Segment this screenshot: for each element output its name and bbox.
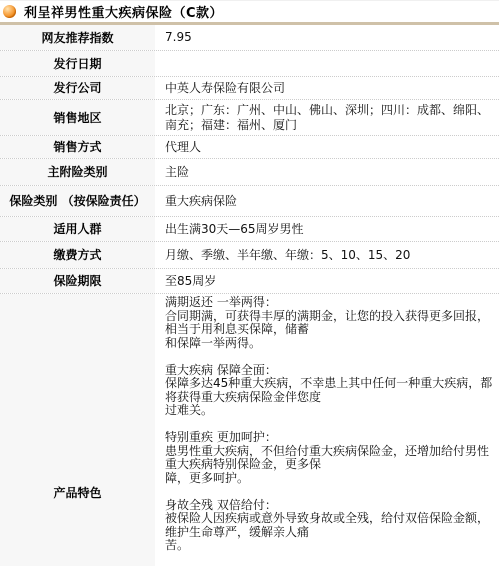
row-value-recommend-index: 7.95: [155, 25, 499, 50]
table-row-recommend-index: 网友推荐指数 7.95: [0, 25, 499, 51]
row-label-insurance-term: 保险期限: [0, 269, 155, 293]
row-label-insurance-category: 保险类别 （按保险责任）: [0, 186, 155, 216]
row-value-issue-date: [155, 51, 499, 76]
row-label-target-group: 适用人群: [0, 217, 155, 241]
row-value-main-rider-type: 主险: [155, 159, 499, 185]
orange-ball-icon: [3, 5, 16, 18]
row-label-sales-region: 销售地区: [0, 100, 155, 135]
row-value-issuer-company: 中英人寿保险有限公司: [155, 77, 499, 99]
row-value-target-group: 出生满30天—65周岁男性: [155, 217, 499, 241]
row-value-payment-method: 月缴、季缴、半年缴、年缴：5、10、15、20: [155, 242, 499, 268]
table-row-main-rider-type: 主附险类别 主险: [0, 159, 499, 186]
table-row-insurance-category: 保险类别 （按保险责任） 重大疾病保险: [0, 186, 499, 217]
table-row-product-features: 产品特色 满期返还 一举两得： 合同期满，可获得丰厚的满期金，让您的投入获得更多…: [0, 294, 499, 566]
table-row-issue-date: 发行日期: [0, 51, 499, 77]
table-row-target-group: 适用人群 出生满30天—65周岁男性: [0, 217, 499, 242]
row-label-main-rider-type: 主附险类别: [0, 159, 155, 185]
row-value-sales-region: 北京；广东：广州、中山、佛山、深圳；四川：成都、绵阳、南充；福建：福州、厦门: [155, 100, 499, 135]
row-label-issue-date: 发行日期: [0, 51, 155, 76]
product-title-bar: 利呈祥男性重大疾病保险（C款）: [0, 1, 499, 22]
table-row-insurance-term: 保险期限 至85周岁: [0, 269, 499, 294]
row-value-insurance-category: 重大疾病保险: [155, 186, 499, 216]
table-row-sales-region: 销售地区 北京；广东：广州、中山、佛山、深圳；四川：成都、绵阳、南充；福建：福州…: [0, 100, 499, 136]
row-label-recommend-index: 网友推荐指数: [0, 25, 155, 50]
product-title: 利呈祥男性重大疾病保险（C款）: [24, 2, 223, 21]
row-value-sales-method: 代理人: [155, 136, 499, 158]
row-label-sales-method: 销售方式: [0, 136, 155, 158]
row-value-insurance-term: 至85周岁: [155, 269, 499, 293]
product-info-page: 利呈祥男性重大疾病保险（C款） 网友推荐指数 7.95 发行日期 发行公司 中英…: [0, 0, 499, 566]
row-value-product-features: 满期返还 一举两得： 合同期满，可获得丰厚的满期金，让您的投入获得更多回报， 相…: [155, 294, 499, 566]
row-label-product-features: 产品特色: [0, 294, 155, 566]
table-row-payment-method: 缴费方式 月缴、季缴、半年缴、年缴：5、10、15、20: [0, 242, 499, 269]
product-info-table: 网友推荐指数 7.95 发行日期 发行公司 中英人寿保险有限公司 销售地区 北京…: [0, 25, 499, 566]
row-label-payment-method: 缴费方式: [0, 242, 155, 268]
table-row-issuer-company: 发行公司 中英人寿保险有限公司: [0, 77, 499, 100]
row-label-issuer-company: 发行公司: [0, 77, 155, 99]
table-row-sales-method: 销售方式 代理人: [0, 136, 499, 159]
